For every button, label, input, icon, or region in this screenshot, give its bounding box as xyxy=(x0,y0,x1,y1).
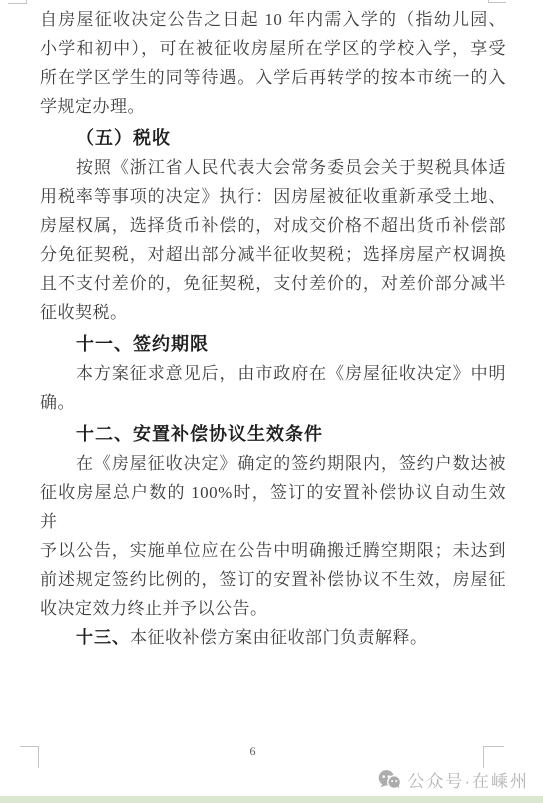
text-line: 征收房屋总户数的 100%时，签订的安置补偿协议自动生效并 xyxy=(40,478,506,536)
text-line: 房屋权属，选择货币补偿的，对成交价格不超出货币补偿部 xyxy=(40,211,506,240)
text-line: 确。 xyxy=(40,388,506,417)
text-line: 自房屋征收决定公告之日起 10 年内需入学的（指幼儿园、 xyxy=(40,5,506,34)
text-line: 分免征契税，对超出部分减半征收契税；选择房屋产权调换 xyxy=(40,240,506,269)
text-line: 在《房屋征收决定》确定的签约期限内，签约户数达被 xyxy=(40,449,506,478)
text-line: 学规定办理。 xyxy=(40,92,506,121)
text-line: 按照《浙江省人民代表大会常务委员会关于契税具体适 xyxy=(40,153,506,182)
watermark: 公众号·在嵊州 xyxy=(377,767,529,792)
bottom-edge-bar xyxy=(0,796,543,803)
wechat-icon xyxy=(377,769,401,790)
margin-crop-mark-top-right xyxy=(488,0,506,3)
text-line: 前述规定签约比例的，签订的安置补偿协议不生效，房屋征 xyxy=(40,565,506,594)
text-line: 小学和初中），可在被征收房屋所在学区的学校入学，享受 xyxy=(40,34,506,63)
text-line: 用税率等事项的决定》执行：因房屋被征收重新承受土地、 xyxy=(40,182,506,211)
text-line: 征收契税。 xyxy=(40,298,506,327)
margin-crop-mark-top-left xyxy=(8,0,27,4)
watermark-label: 公众号·在嵊州 xyxy=(407,767,529,792)
text-line: 收决定效力终止并予以公告。 xyxy=(40,594,506,623)
heading-prefix: 十三、 xyxy=(76,628,130,647)
text-line: 且不支付差价的，免征契税，支付差价的，对差价部分减半 xyxy=(40,269,506,298)
text-line: 予以公告，实施单位应在公告中明确搬迁腾空期限；未达到 xyxy=(40,536,506,565)
heading-line: （五）税收 xyxy=(40,124,506,153)
heading-line: 十二、安置补偿协议生效条件 xyxy=(40,420,506,449)
text-line: 十三、本征收补偿方案由征收部门负责解释。 xyxy=(40,623,506,652)
heading-line: 十一、签约期限 xyxy=(40,330,506,359)
document-body: 自房屋征收决定公告之日起 10 年内需入学的（指幼儿园、小学和初中），可在被征收… xyxy=(40,5,506,652)
page-number: 6 xyxy=(0,744,505,759)
text-line: 所在学区学生的同等待遇。入学后再转学的按本市统一的入 xyxy=(40,63,506,92)
text-line: 本方案征求意见后，由市政府在《房屋征收决定》中明 xyxy=(40,359,506,388)
